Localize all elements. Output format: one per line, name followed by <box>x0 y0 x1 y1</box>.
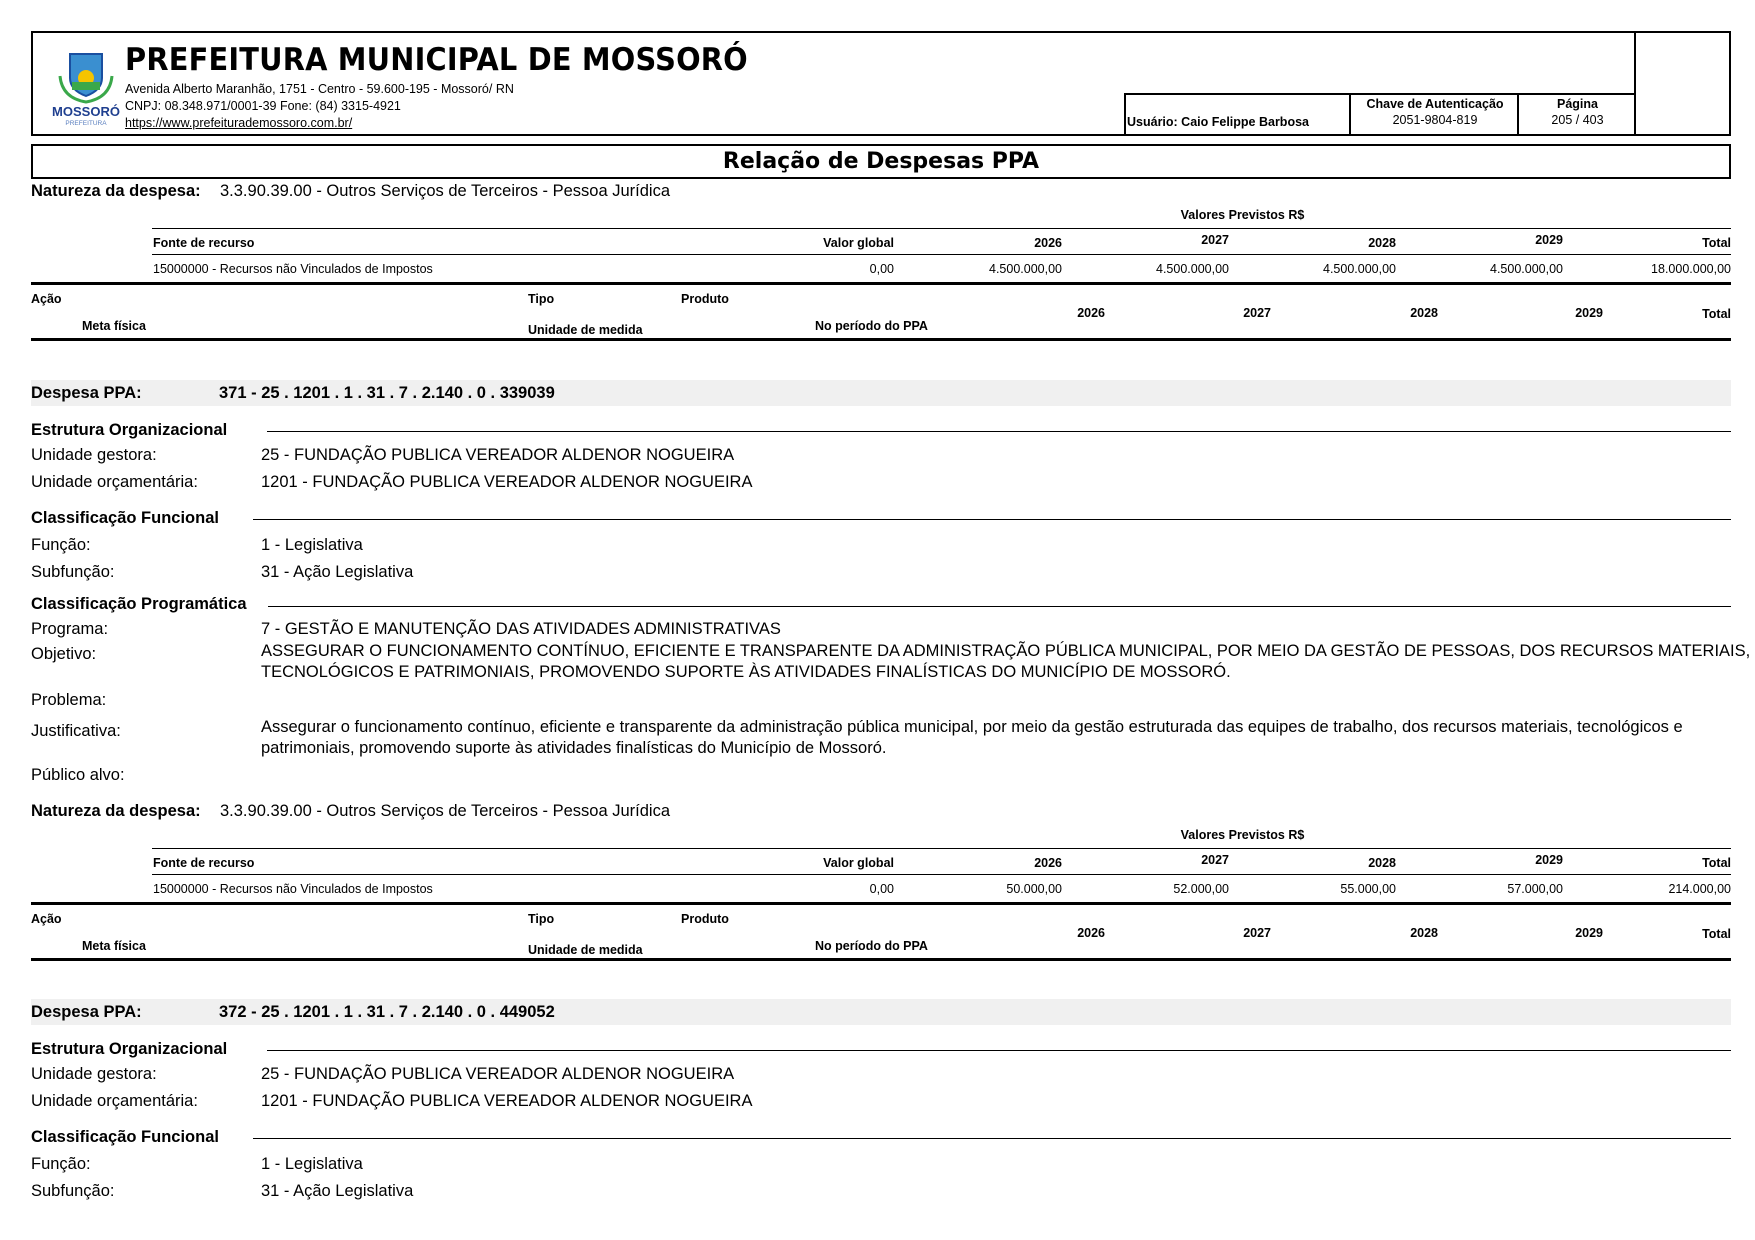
valor-global-header: Valor global <box>780 236 894 250</box>
fonte-recurso-value: 15000000 - Recursos não Vinculados de Im… <box>153 262 433 276</box>
auth-key-cell: Chave de Autenticação 2051-9804-819 <box>1349 93 1519 136</box>
year-header-2026: 2026 <box>962 236 1062 250</box>
tipo-header: Tipo <box>528 292 554 306</box>
page-number: 205 / 403 <box>1519 113 1636 127</box>
unidade-gestora-value: 25 - FUNDAÇÃO PUBLICA VEREADOR ALDENOR N… <box>261 446 734 465</box>
unidade-gestora-label: Unidade gestora: <box>31 446 157 465</box>
city-crest-icon: MOSSORÓ PREFEITURA <box>48 48 124 128</box>
year-value-2029: 57.000,00 <box>1423 882 1563 896</box>
despesa-ppa-label: Despesa PPA: <box>31 384 142 403</box>
year-header-2029: 2029 <box>1463 233 1563 247</box>
fonte-recurso-header: Fonte de recurso <box>153 856 254 870</box>
fonte-recurso-value: 15000000 - Recursos não Vinculados de Im… <box>153 882 433 896</box>
unidade-medida-header: Unidade de medida <box>528 323 643 337</box>
despesa-ppa-code: 371 - 25 . 1201 . 1 . 31 . 7 . 2.140 . 0… <box>219 384 555 403</box>
svg-text:MOSSORÓ: MOSSORÓ <box>52 104 120 119</box>
natureza-value: 3.3.90.39.00 - Outros Serviços de Tercei… <box>220 182 670 201</box>
meta-year-header-2026: 2026 <box>1005 306 1105 320</box>
mossoro-logo: MOSSORÓ PREFEITURA <box>48 48 124 128</box>
valores-previstos-label: Valores Previstos R$ <box>1130 208 1355 222</box>
table-top-line <box>152 228 1731 229</box>
despesa-ppa-code: 372 - 25 . 1201 . 1 . 31 . 7 . 2.140 . 0… <box>219 1003 555 1022</box>
year-value-2026: 50.000,00 <box>922 882 1062 896</box>
no-periodo-header: No período do PPA <box>815 319 928 333</box>
year-header-2027: 2027 <box>1129 853 1229 867</box>
objetivo-line-2: TECNOLÓGICOS E PATRIMONIAIS, PROMOVENDO … <box>261 663 1231 682</box>
acao-header: Ação <box>31 912 62 926</box>
table-separator-line <box>31 282 1731 285</box>
table-separator-line <box>31 902 1731 905</box>
class-funcional-rule <box>253 519 1731 520</box>
table-header-line <box>152 874 1731 875</box>
meta-fisica-header: Meta física <box>82 319 146 333</box>
class-funcional-heading: Classificação Funcional <box>31 1128 219 1147</box>
total-header: Total <box>1631 856 1731 870</box>
estrutura-rule <box>267 1050 1731 1051</box>
tipo-header: Tipo <box>528 912 554 926</box>
auth-key-label: Chave de Autenticação <box>1351 97 1519 111</box>
unidade-orcamentaria-value: 1201 - FUNDAÇÃO PUBLICA VEREADOR ALDENOR… <box>261 1092 752 1111</box>
funcao-label: Função: <box>31 536 91 555</box>
meta-year-header-2028: 2028 <box>1338 926 1438 940</box>
page-label: Página <box>1519 97 1636 111</box>
estrutura-rule <box>267 431 1731 432</box>
justificativa-label: Justificativa: <box>31 722 121 741</box>
funcao-label: Função: <box>31 1155 91 1174</box>
estrutura-heading: Estrutura Organizacional <box>31 421 227 440</box>
estrutura-heading: Estrutura Organizacional <box>31 1040 227 1059</box>
table-top-line <box>152 848 1731 849</box>
no-periodo-header: No período do PPA <box>815 939 928 953</box>
year-value-2028: 4.500.000,00 <box>1256 262 1396 276</box>
fonte-recurso-header: Fonte de recurso <box>153 236 254 250</box>
class-programatica-heading: Classificação Programática <box>31 595 247 614</box>
meta-year-header-2028: 2028 <box>1338 306 1438 320</box>
unidade-orcamentaria-label: Unidade orçamentária: <box>31 1092 198 1111</box>
year-header-2028: 2028 <box>1296 856 1396 870</box>
subfuncao-label: Subfunção: <box>31 1182 114 1201</box>
total-value: 214.000,00 <box>1591 882 1731 896</box>
meta-fisica-header: Meta física <box>82 939 146 953</box>
year-value-2028: 55.000,00 <box>1256 882 1396 896</box>
auth-key-value: 2051-9804-819 <box>1351 113 1519 127</box>
total-value: 18.000.000,00 <box>1591 262 1731 276</box>
report-title: Relação de Despesas PPA <box>723 149 1039 174</box>
year-value-2029: 4.500.000,00 <box>1423 262 1563 276</box>
funcao-value: 1 - Legislativa <box>261 536 363 555</box>
problema-label: Problema: <box>31 691 106 710</box>
natureza-value: 3.3.90.39.00 - Outros Serviços de Tercei… <box>220 802 670 821</box>
report-title-box: Relação de Despesas PPA <box>31 144 1731 179</box>
header-right-column <box>1634 31 1731 136</box>
organization-address: Avenida Alberto Maranhão, 1751 - Centro … <box>125 82 514 96</box>
despesa-ppa-label: Despesa PPA: <box>31 1003 142 1022</box>
year-value-2026: 4.500.000,00 <box>922 262 1062 276</box>
table-bottom-line <box>31 338 1731 341</box>
meta-year-header-2029: 2029 <box>1503 306 1603 320</box>
organization-website-link[interactable]: https://www.prefeiturademossoro.com.br/ <box>125 116 352 130</box>
valor-global-value: 0,00 <box>780 262 894 276</box>
year-header-2026: 2026 <box>962 856 1062 870</box>
meta-year-header-2026: 2026 <box>1005 926 1105 940</box>
meta-year-header-2029: 2029 <box>1503 926 1603 940</box>
natureza-label: Natureza da despesa: <box>31 802 201 821</box>
meta-year-header-2027: 2027 <box>1171 926 1271 940</box>
class-funcional-heading: Classificação Funcional <box>31 509 219 528</box>
svg-text:PREFEITURA: PREFEITURA <box>65 120 107 127</box>
year-header-2029: 2029 <box>1463 853 1563 867</box>
year-header-2028: 2028 <box>1296 236 1396 250</box>
unidade-medida-header: Unidade de medida <box>528 943 643 957</box>
valores-previstos-label: Valores Previstos R$ <box>1130 828 1355 842</box>
unidade-gestora-label: Unidade gestora: <box>31 1065 157 1084</box>
programa-value: 7 - GESTÃO E MANUTENÇÃO DAS ATIVIDADES A… <box>261 620 781 639</box>
organization-name: PREFEITURA MUNICIPAL DE MOSSORÓ <box>125 42 748 78</box>
user-name: Usuário: Caio Felippe Barbosa <box>1127 115 1309 129</box>
natureza-label: Natureza da despesa: <box>31 182 201 201</box>
class-funcional-rule <box>253 1138 1731 1139</box>
meta-total-header: Total <box>1631 927 1731 941</box>
table-bottom-line <box>31 958 1731 961</box>
justificativa-line-1: Assegurar o funcionamento contínuo, efic… <box>261 718 1683 737</box>
meta-year-header-2027: 2027 <box>1171 306 1271 320</box>
publico-alvo-label: Público alvo: <box>31 766 125 785</box>
unidade-orcamentaria-label: Unidade orçamentária: <box>31 473 198 492</box>
year-header-2027: 2027 <box>1129 233 1229 247</box>
objetivo-line-1: ASSEGURAR O FUNCIONAMENTO CONTÍNUO, EFIC… <box>261 642 1750 661</box>
produto-header: Produto <box>681 912 729 926</box>
funcao-value: 1 - Legislativa <box>261 1155 363 1174</box>
subfuncao-value: 31 - Ação Legislativa <box>261 563 413 582</box>
justificativa-line-2: patrimoniais, promovendo suporte às ativ… <box>261 739 887 758</box>
valor-global-header: Valor global <box>780 856 894 870</box>
year-value-2027: 52.000,00 <box>1089 882 1229 896</box>
table-header-line <box>152 254 1731 255</box>
produto-header: Produto <box>681 292 729 306</box>
unidade-orcamentaria-value: 1201 - FUNDAÇÃO PUBLICA VEREADOR ALDENOR… <box>261 473 752 492</box>
subfuncao-value: 31 - Ação Legislativa <box>261 1182 413 1201</box>
class-programatica-rule <box>268 606 1731 607</box>
meta-total-header: Total <box>1631 307 1731 321</box>
total-header: Total <box>1631 236 1731 250</box>
unidade-gestora-value: 25 - FUNDAÇÃO PUBLICA VEREADOR ALDENOR N… <box>261 1065 734 1084</box>
subfuncao-label: Subfunção: <box>31 563 114 582</box>
year-value-2027: 4.500.000,00 <box>1089 262 1229 276</box>
acao-header: Ação <box>31 292 62 306</box>
programa-label: Programa: <box>31 620 108 639</box>
page-cell: Página 205 / 403 <box>1517 93 1636 136</box>
objetivo-label: Objetivo: <box>31 645 96 664</box>
valor-global-value: 0,00 <box>780 882 894 896</box>
organization-cnpj-phone: CNPJ: 08.348.971/0001-39 Fone: (84) 3315… <box>125 99 401 113</box>
